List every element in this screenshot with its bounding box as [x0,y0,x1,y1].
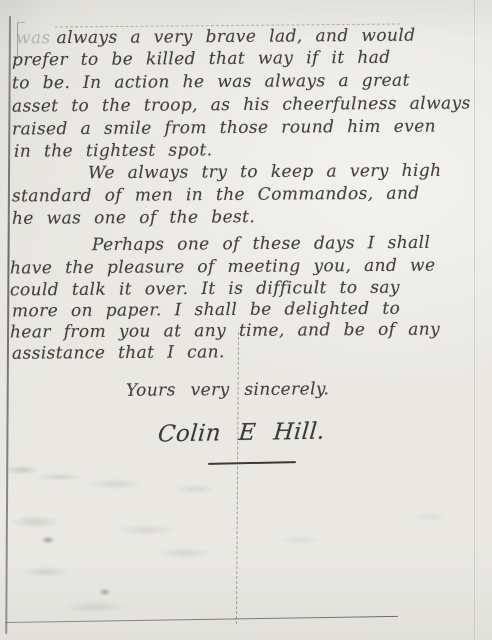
letter-line: Perhaps one of these days I shall [92,233,430,255]
letter-line: to be. In action he was always a great [12,71,410,94]
letter-line: wasalways a very brave lad, and would [16,26,416,49]
letter-line: assistance that I can. [12,342,225,363]
letter-line: prefer to be killed that way if it had [12,48,391,71]
letter-line: in the tightest spot. [14,140,213,161]
letter-line: have the pleasure of meeting you, and we [10,256,436,279]
letter-page: wasalways a very brave lad, and would pr… [0,0,492,640]
faded-word: was [16,28,51,48]
signature: Colin E Hill. [157,419,326,448]
letter-line: more on paper. I shall be delighted to [12,299,400,322]
closing-line: Yours very sincerely. [126,379,330,400]
letter-line: raised a smile from those round him even [12,117,436,140]
page-edge-right-line [474,0,475,640]
letter-line: hear from you at any time, and be of any [10,319,440,342]
letter-line: standard of men in the Commandos, and [12,184,420,207]
letter-line-text: always a very brave lad, and would [57,26,416,49]
signature-underline [208,461,296,465]
letter-line: asset to the troop, as his cheerfulness … [12,93,471,116]
letter-line: could talk it over. It is difficult to s… [10,278,400,301]
letter-line: he was one of the best. [12,207,255,229]
fold-line-vertical [236,332,240,624]
fold-line-bottom [6,616,398,623]
letter-line: We always try to keep a very high [88,161,442,183]
